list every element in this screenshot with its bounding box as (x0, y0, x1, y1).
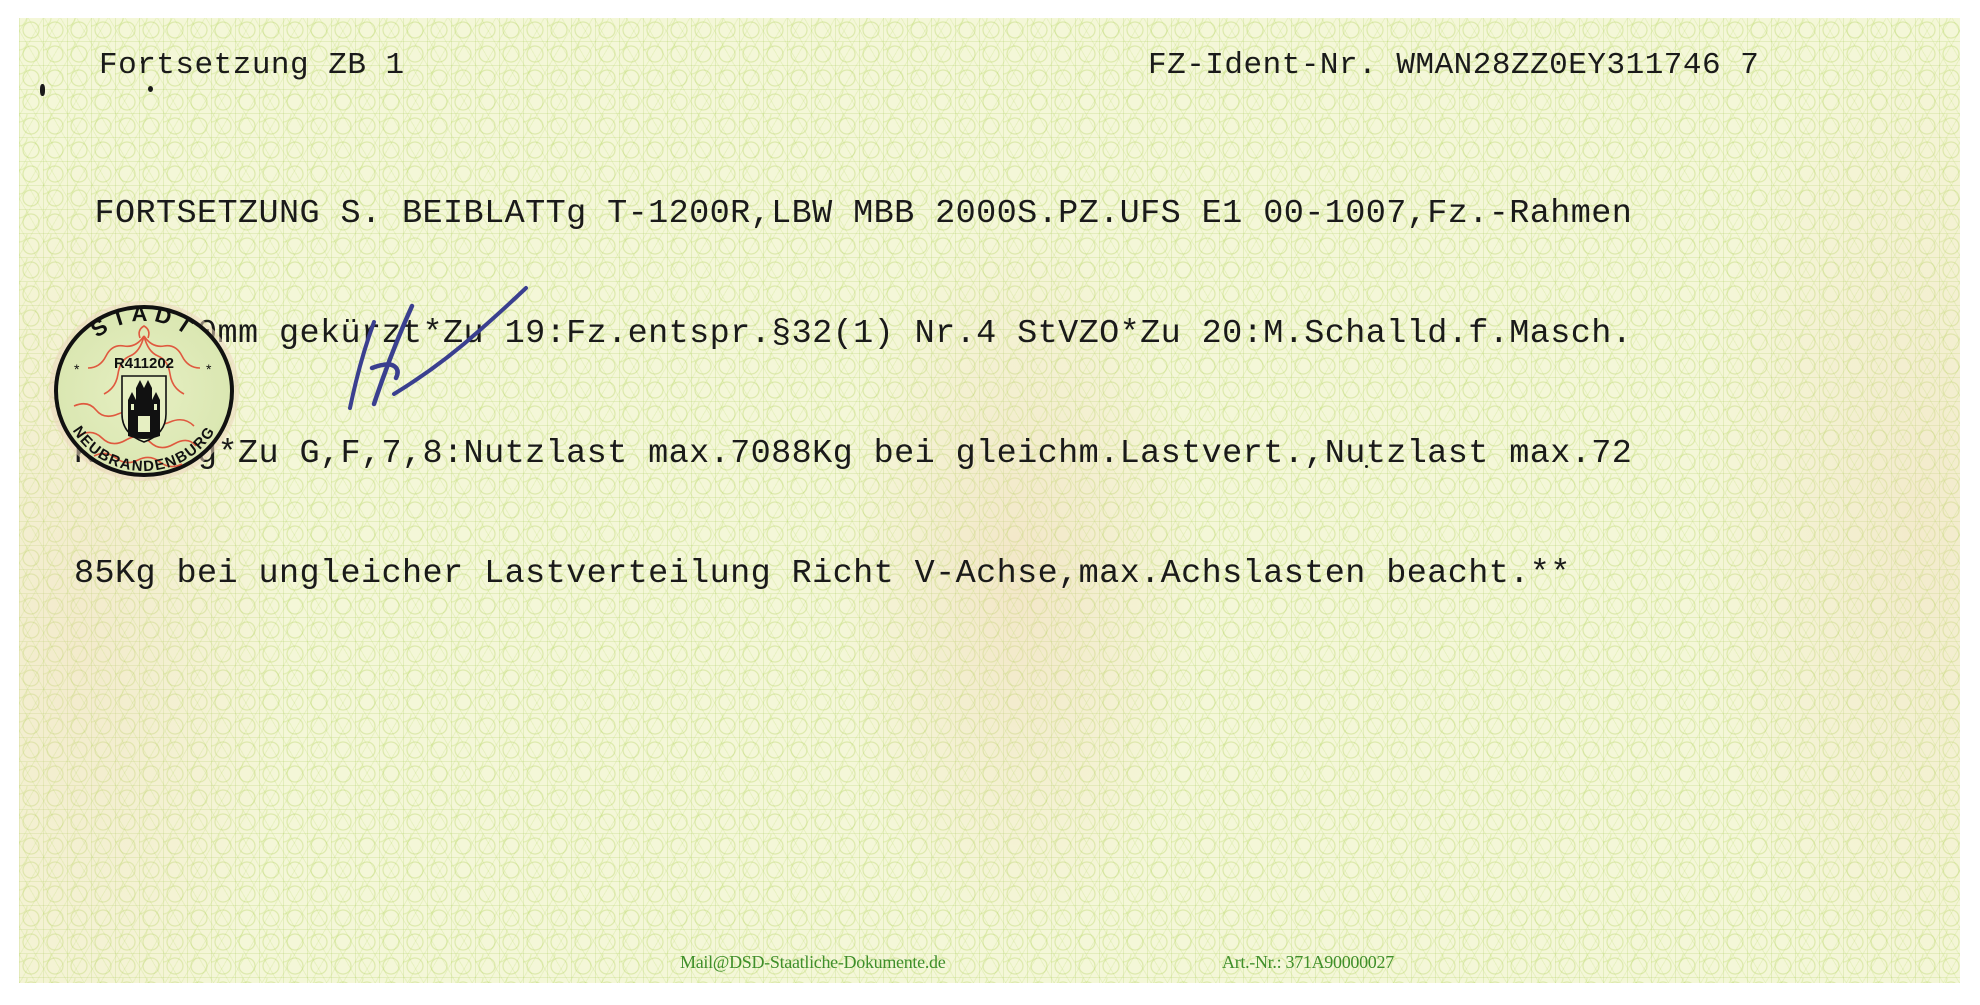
coat-of-arms-icon (122, 376, 166, 442)
continuation-label: Fortsetzung ZB 1 (99, 48, 405, 83)
svg-text:*: * (74, 361, 80, 377)
remarks-line: 85Kg bei ungleicher Lastverteilung Richt… (74, 554, 1632, 594)
publisher-contact: Mail@DSD-Staatliche-Dokumente.de (680, 952, 945, 973)
svg-text:*: * (206, 361, 212, 377)
seal-icon: STADT * * R411202 NEUBRANDENBURG (44, 296, 244, 486)
remarks-text: FORTSETZUNG S. BEIBLATTg T-1200R,LBW MBB… (74, 114, 1632, 674)
scanned-page: Fortsetzung ZB 1 FZ-Ident-Nr. WMAN28ZZ0E… (0, 0, 1980, 1005)
scan-speck (148, 86, 153, 92)
official-seal: STADT * * R411202 NEUBRANDENBURG (44, 296, 244, 486)
scan-speck (1365, 465, 1368, 468)
remarks-line: Kühlung*Zu G,F,7,8:Nutzlast max.7088Kg b… (74, 434, 1632, 474)
remarks-line: FORTSETZUNG S. BEIBLATTg T-1200R,LBW MBB… (74, 194, 1632, 234)
vin-value: WMAN28ZZ0EY311746 (1396, 48, 1721, 83)
remarks-line: um 480mm gekürzt*Zu 19:Fz.entspr.§32(1) … (74, 314, 1632, 354)
scan-speck (141, 60, 144, 64)
handwritten-signature-icon (330, 270, 540, 420)
vin-field: FZ-Ident-Nr. WMAN28ZZ0EY311746 7 (1148, 48, 1759, 83)
seal-number: R411202 (114, 355, 174, 372)
vin-label: FZ-Ident-Nr. (1148, 48, 1377, 83)
scan-speck (40, 84, 45, 96)
vin-check-digit: 7 (1740, 48, 1759, 83)
article-number: Art.-Nr.: 371A90000027 (1222, 952, 1394, 973)
